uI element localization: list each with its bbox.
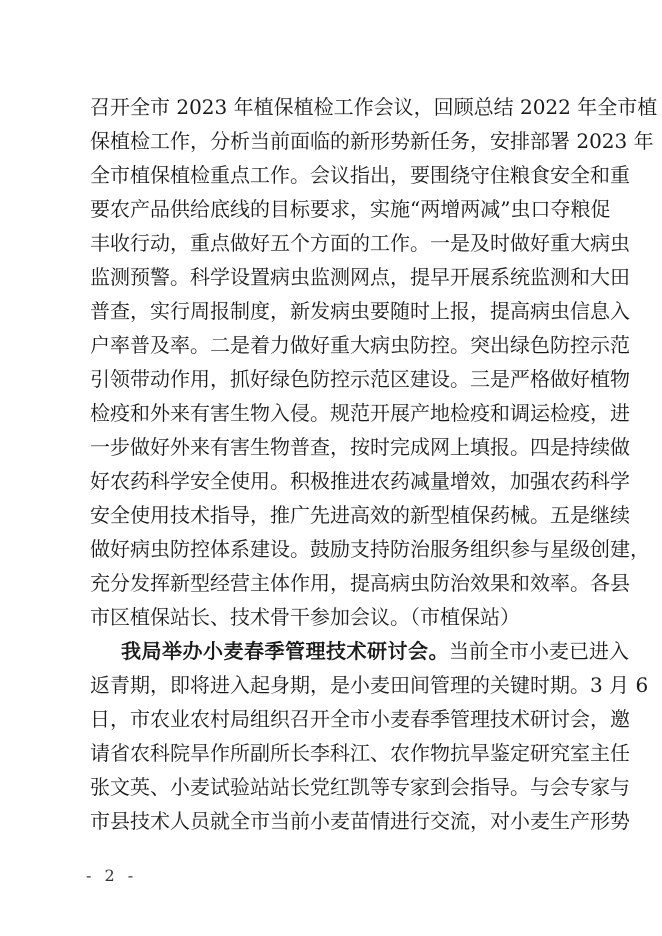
text-line: 充分发挥新型经营主体作用，提高病虫防治效果和效率。各县 <box>90 566 574 600</box>
text-line: 召开全市 2023 年植保植检工作会议，回顾总结 2022 年全市植 <box>90 90 574 124</box>
text-line: 市县技术人员就全市当前小麦苗情进行交流，对小麦生产形势 <box>90 804 574 838</box>
text-line: 好农药科学安全使用。积极推进农药减量增效，加强农药科学 <box>90 464 574 498</box>
text-line: 市区植保站长、技术骨干参加会议。（市植保站） <box>90 600 574 634</box>
text-line: 全市植保植检重点工作。会议指出，要围绕守住粮食安全和重 <box>90 158 574 192</box>
paragraph-plant-protection-meeting: 召开全市 2023 年植保植检工作会议，回顾总结 2022 年全市植 保植检工作… <box>90 90 574 634</box>
text-line: 返青期，即将进入起身期，是小麦田间管理的关键时期。3 月 6 <box>90 668 574 702</box>
paragraph-wheel-seminar: 我局举办小麦春季管理技术研讨会。当前全市小麦已进入 返青期，即将进入起身期，是小… <box>90 634 574 838</box>
text-line: 安全使用技术指导，推广先进高效的新型植保药械。五是继续 <box>90 498 574 532</box>
text-line: 一步做好外来有害生物普查，按时完成网上填报。四是持续做 <box>90 430 574 464</box>
text-line: 保植检工作，分析当前面临的新形势新任务，安排部署 2023 年 <box>90 124 574 158</box>
text-line: 张文英、小麦试验站站长党红凯等专家到会指导。与会专家与 <box>90 770 574 804</box>
text-line: 户率普及率。二是着力做好重大病虫防控。突出绿色防控示范 <box>90 328 574 362</box>
document-page: 召开全市 2023 年植保植检工作会议，回顾总结 2022 年全市植 保植检工作… <box>0 0 662 936</box>
text-line: 请省农科院旱作所副所长李科江、农作物抗旱鉴定研究室主任 <box>90 736 574 770</box>
text-line: 丰收行动，重点做好五个方面的工作。一是及时做好重大病虫 <box>90 226 574 260</box>
text-line: 监测预警。科学设置病虫监测网点，提早开展系统监测和大田 <box>90 260 574 294</box>
text-line: 普查，实行周报制度，新发病虫要随时上报，提高病虫信息入 <box>90 294 574 328</box>
text-line: 做好病虫防控体系建设。鼓励支持防治服务组织参与星级创建， <box>90 532 574 566</box>
page-number: - 2 - <box>86 866 137 885</box>
text-line-first: 我局举办小麦春季管理技术研讨会。当前全市小麦已进入 <box>90 634 574 668</box>
text-line: 日，市农业农村局组织召开全市小麦春季管理技术研讨会，邀 <box>90 702 574 736</box>
text-span: 当前全市小麦已进入 <box>449 639 629 663</box>
text-line: 引领带动作用，抓好绿色防控示范区建设。三是严格做好植物 <box>90 362 574 396</box>
text-line: 检疫和外来有害生物入侵。规范开展产地检疫和调运检疫，进 <box>90 396 574 430</box>
text-line: 要农产品供给底线的目标要求，实施“两增两减”虫口夺粮促 <box>90 192 574 226</box>
document-body: 召开全市 2023 年植保植检工作会议，回顾总结 2022 年全市植 保植检工作… <box>90 90 574 838</box>
paragraph-heading: 我局举办小麦春季管理技术研讨会。 <box>121 639 449 663</box>
